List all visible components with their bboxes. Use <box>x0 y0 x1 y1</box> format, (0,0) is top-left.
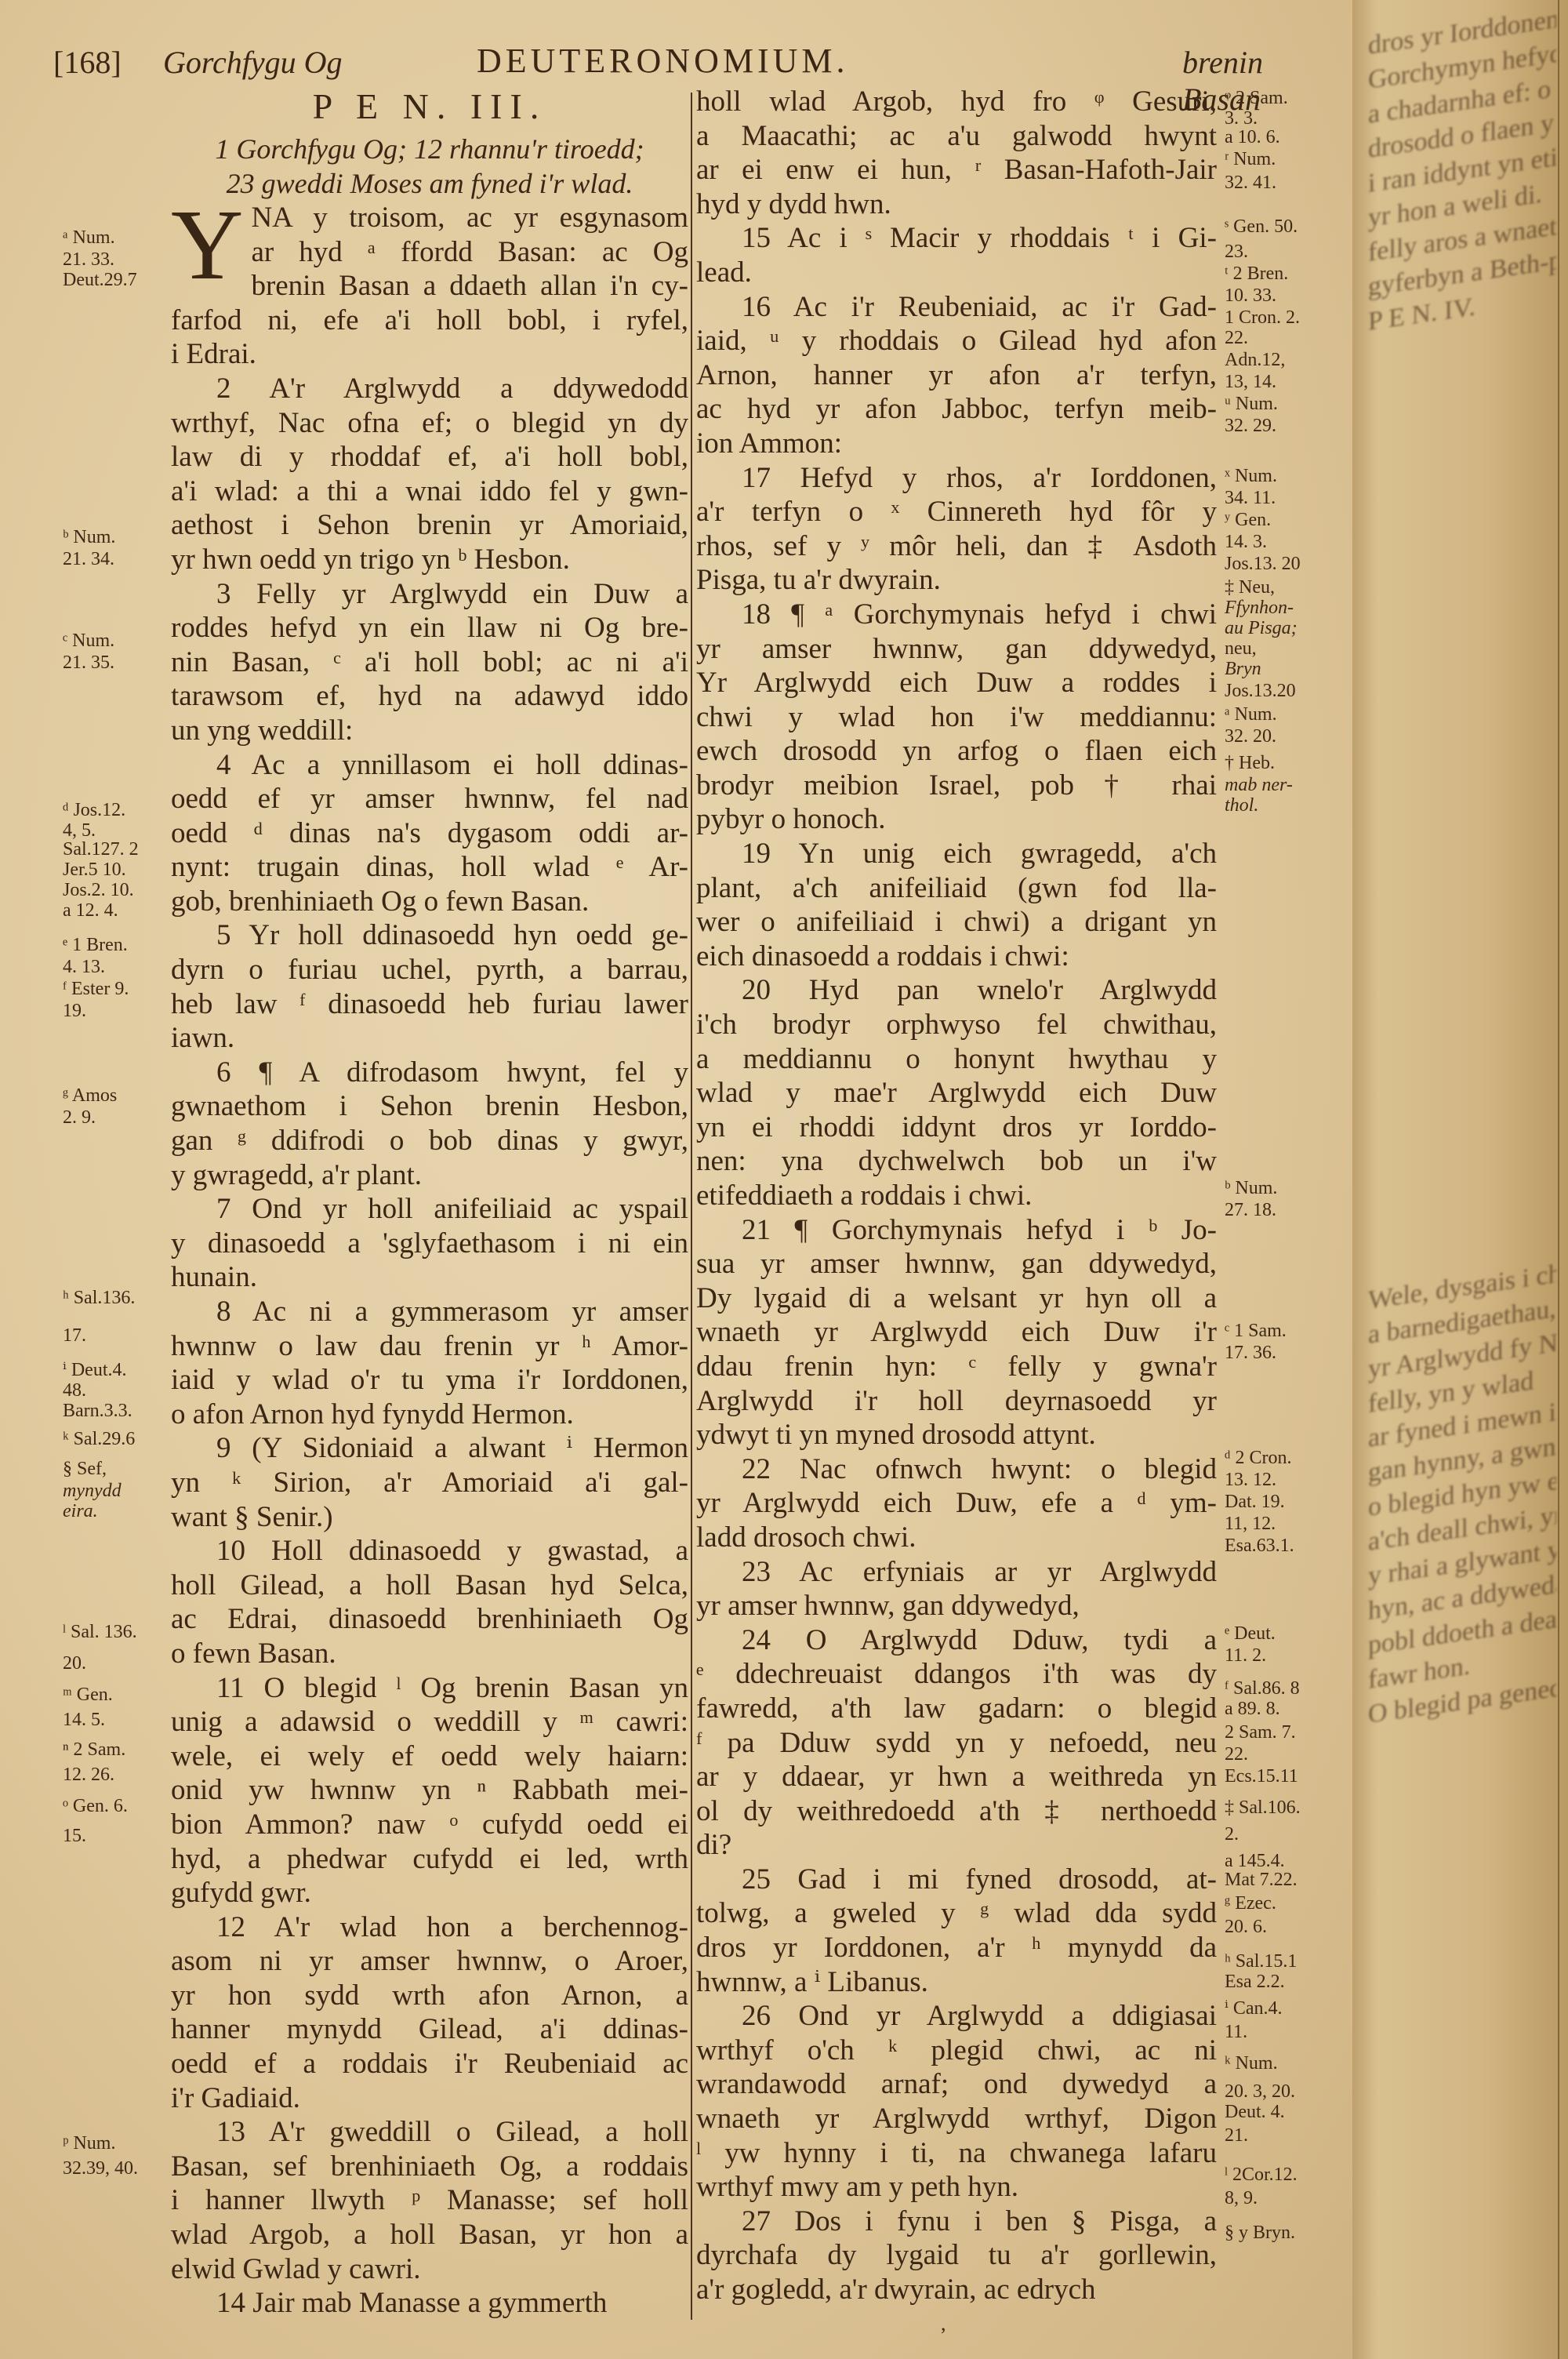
text-line: ladd drosoch chwi. <box>696 1521 1217 1555</box>
cross-reference-note: mynydd <box>63 1481 122 1502</box>
cross-reference-note: eira. <box>63 1501 98 1522</box>
text-line: ol dy weithredoedd a'th ‡ nerthoedd <box>696 1794 1217 1829</box>
cross-reference-note: 12. 26. <box>63 1765 114 1786</box>
text-line: tolwg, a gweled y ᵍ wlad dda sydd <box>696 1896 1217 1931</box>
cross-reference-note: 32. 29. <box>1225 416 1276 437</box>
text-line: a'r terfyn o ˣ Cinnereth hyd fôr y <box>696 495 1217 529</box>
summary-line: 1 Gorchfygu Og; 12 rhannu'r tiroedd; <box>171 132 688 166</box>
cross-reference-note: 13. 12. <box>1225 1470 1276 1491</box>
cross-reference-note: ᵍ Amos <box>63 1085 117 1107</box>
text-line: 10 Holl ddinasoedd y gwastad, a <box>171 1534 688 1568</box>
cross-reference-note: Bryn <box>1225 659 1261 680</box>
cross-reference-note: † Heb. <box>1225 753 1275 774</box>
text-line: plant, a'ch anifeiliaid (gwn fod lla- <box>696 871 1217 906</box>
right-column-text: holl wlad Argob, hyd fro ᵠ Gesuri,a Maac… <box>696 85 1217 2307</box>
cross-reference-note: 21. 34. <box>63 549 114 570</box>
cross-reference-note: 20. 3, 20. <box>1225 2081 1295 2103</box>
text-line: 20 Hyd pan wnelo'r Arglwydd <box>696 973 1217 1008</box>
cross-reference-note: 23. <box>1225 242 1248 263</box>
text-line: un yng weddill: <box>171 714 688 748</box>
text-line: ar hyd ᵃ ffordd Basan: ac Og <box>171 235 688 270</box>
text-line: ᵉ ddechreuaist ddangos i'th was dy <box>696 1657 1217 1692</box>
cross-reference-note: 11, 12. <box>1225 1514 1276 1535</box>
cross-reference-note: ᵐ Gen. <box>63 1685 113 1706</box>
text-line: ar ei enw ei hun, ʳ Basan-Hafoth-Jair <box>696 153 1217 187</box>
text-line: yr amser hwnnw, gan ddywedyd, <box>696 1589 1217 1623</box>
text-line: Pisga, tu a'r dwyrain. <box>696 563 1217 598</box>
text-line: iawn. <box>171 1021 688 1056</box>
cross-reference-note: ˣ Num. <box>1225 466 1277 487</box>
text-line: heb law ᶠ dinasoedd heb furiau lawer <box>171 987 688 1022</box>
text-line: wlad Argob, a holl Basan, yr hon a <box>171 2218 688 2252</box>
text-line: a'i wlad: a thi a wnai iddo fel y gwn- <box>171 474 688 509</box>
cross-reference-note: Mat 7.22. <box>1225 1870 1298 1891</box>
text-line: nen: yna dychwelwch bob un i'w <box>696 1144 1217 1179</box>
text-line: yn ei rhoddi iddynt dros yr Iorddo- <box>696 1110 1217 1145</box>
cross-reference-note: thol. <box>1225 795 1258 816</box>
text-line: wnaeth yr Arglwydd wrthyf, Digon <box>696 2102 1217 2136</box>
text-line: unig a adawsid o weddill y ᵐ cawri: <box>171 1705 688 1739</box>
cross-reference-note: 21. <box>1225 2125 1248 2146</box>
cross-reference-note: ᵖ Num. <box>63 2133 115 2154</box>
text-line: ar y ddaear, yr hwn a weithreda yn <box>696 1760 1217 1794</box>
text-line: 22 Nac ofnwch hwynt: o blegid <box>696 1452 1217 1487</box>
cross-reference-note: 34. 11. <box>1225 488 1276 509</box>
cross-reference-note: Jer.5 10. <box>63 860 126 881</box>
cross-reference-note: 8, 9. <box>1225 2188 1258 2209</box>
cross-reference-note: 22. <box>1225 1744 1248 1765</box>
cross-reference-note: ᶠ Sal.86. 8 <box>1225 1678 1300 1699</box>
cross-reference-note: 11. <box>1225 2022 1247 2043</box>
text-line: ac Edrai, dinasoedd brenhiniaeth Og <box>171 1602 688 1637</box>
cross-reference-note: ⁿ 2 Sam. <box>63 1739 125 1761</box>
cross-reference-note: Jos.2. 10. <box>63 880 134 901</box>
cross-reference-note: Jos.13. 20 <box>1225 554 1301 575</box>
text-line: etifeddiaeth a roddais i chwi. <box>696 1179 1217 1213</box>
text-line: y gwragedd, a'r plant. <box>171 1158 688 1193</box>
cross-reference-note: ˢ Gen. 50. <box>1225 216 1298 238</box>
text-line: eich dinasoedd a roddais i chwi: <box>696 940 1217 974</box>
cross-reference-note: 27. 18. <box>1225 1200 1276 1221</box>
cross-reference-note: 13, 14. <box>1225 372 1276 393</box>
cross-reference-note: ᶜ Num. <box>63 631 114 652</box>
cross-reference-note: ᵇ Num. <box>1225 1178 1277 1199</box>
text-line: 5 Yr holl ddinasoedd hyn oedd ge- <box>171 918 688 953</box>
text-line: 11 O blegid ˡ Og brenin Basan yn <box>171 1671 688 1706</box>
text-line: yr hwn oedd yn trigo yn ᵇ Hesbon. <box>171 543 688 577</box>
cross-reference-note: ᵘ Num. <box>1225 394 1278 415</box>
cross-reference-note: Dat. 19. <box>1225 1492 1285 1513</box>
cross-reference-note: 15. <box>63 1826 86 1847</box>
text-line: ewch drosodd yn arfog o flaen eich <box>696 734 1217 769</box>
cross-reference-note: a 10. 6. <box>1225 127 1280 148</box>
text-line: asom ni yr amser hwnnw, o Aroer, <box>171 1944 688 1979</box>
cross-reference-note: § Sef, <box>63 1459 107 1480</box>
summary-line: 23 gweddi Moses am fyned i'r wlad. <box>171 166 688 201</box>
text-line: Arglwydd i'r holl deyrnasoedd yr <box>696 1384 1217 1419</box>
page-number: [168] <box>53 44 122 81</box>
cross-reference-note: a 12. 4. <box>63 900 118 921</box>
text-line: yn ᵏ Sirion, a'r Amoriaid a'i gal- <box>171 1466 688 1500</box>
neighbor-page-edge: dros yr Iorddonen iGorchymyn hefyd ia ch… <box>1352 0 1568 2359</box>
text-line: oedd ᵈ dinas na's dygasom oddi ar- <box>171 816 688 851</box>
text-line: di? <box>696 1828 1217 1863</box>
text-line: law di y rhoddaf ef, a'i holl bobl, <box>171 440 688 474</box>
cross-reference-note: 4. 13. <box>63 957 105 978</box>
text-line: hunain. <box>171 1260 688 1295</box>
text-line: holl wlad Argob, hyd fro ᵠ Gesuri, <box>696 85 1217 119</box>
text-line: dros yr Iorddonen, a'r ʰ mynydd da <box>696 1931 1217 1965</box>
text-line: ᶠ pa Dduw sydd yn y nefoedd, neu <box>696 1726 1217 1761</box>
cross-reference-note: Barn.3.3. <box>63 1401 132 1422</box>
cross-reference-note: 32. 41. <box>1225 173 1276 194</box>
text-line: 16 Ac i'r Reubeniaid, ac i'r Gad- <box>696 290 1217 325</box>
cross-reference-note: ᵈ Jos.12. <box>63 800 125 821</box>
text-line: Dy lygaid di a welsant yr hyn oll a <box>696 1281 1217 1316</box>
text-line: NA y troisom, ac yr esgynasom <box>171 201 688 235</box>
text-line: iaid, ᵘ y rhoddais o Gilead hyd afon <box>696 324 1217 358</box>
cross-reference-note: Adn.12, <box>1225 350 1285 371</box>
text-line: 4 Ac a ynnillasom ei holl ddinas- <box>171 748 688 783</box>
text-line: 7 Ond yr holl anifeiliaid ac yspail <box>171 1192 688 1227</box>
text-line: y dinasoedd a 'sglyfaethasom i ni ein <box>171 1227 688 1261</box>
text-line: i'ch brodyr orphwyso fel chwithau, <box>696 1008 1217 1042</box>
text-line: 23 Ac erfyniais ar yr Arglwydd <box>696 1555 1217 1590</box>
text-line: 8 Ac ni a gymmerasom yr amser <box>171 1295 688 1329</box>
neighbor-column-rule <box>1558 0 1559 2359</box>
text-line: hanner mynydd Gilead, a'i ddinas- <box>171 2012 688 2047</box>
text-line: elwid Gwlad y cawri. <box>171 2252 688 2287</box>
cross-reference-note: 3. 3. <box>1225 108 1258 129</box>
cross-reference-note: ᵉ 1 Bren. <box>63 935 128 956</box>
text-line: ac hyd yr afon Jabboc, terfyn meib- <box>696 392 1217 427</box>
book-page: [168] Gorchfygu Og DEUTERONOMIUM. brenin… <box>0 0 1356 2359</box>
cross-reference-note: ⁱ Can.4. <box>1225 1998 1283 2019</box>
text-line: 2 A'r Arglwydd a ddywedodd <box>171 372 688 406</box>
text-line: 3 Felly yr Arglwydd ein Duw a <box>171 577 688 612</box>
text-line: chwi y wlad hon i'w meddiannu: <box>696 700 1217 735</box>
cross-reference-note: 11. 2. <box>1225 1645 1266 1667</box>
text-line: 14 Jair mab Manasse a gymmerth <box>171 2286 688 2321</box>
cross-reference-note: 48. <box>63 1380 86 1401</box>
text-line: yr amser hwnnw, gan ddywedyd, <box>696 632 1217 667</box>
text-line: wrandawodd arnaf; ond dywedyd a <box>696 2067 1217 2102</box>
text-line: yr hon sydd wrth afon Arnon, a <box>171 1979 688 2013</box>
column-divider <box>691 93 692 2320</box>
text-line: dyrn o furiau uchel, pyrth, a barrau, <box>171 953 688 987</box>
text-line: ddau frenin hyn: ᶜ felly y gwna'r <box>696 1350 1217 1384</box>
text-line: wrthyf o'ch ᵏ plegid chwi, ac ni <box>696 2034 1217 2068</box>
text-line: Yr Arglwydd eich Duw a roddes i <box>696 666 1217 700</box>
left-column: P E N. III. 1 Gorchfygu Og; 12 rhannu'r … <box>171 86 688 2321</box>
text-line: nynt: trugain dinas, holl wlad ᵉ Ar- <box>171 850 688 885</box>
text-line: bion Ammon? naw ᵒ cufydd oedd ei <box>171 1808 688 1842</box>
cross-reference-note: 32.39, 40. <box>63 2158 138 2179</box>
cross-reference-note: 14. 3. <box>1225 532 1267 553</box>
text-line: wrthyf, Nac ofna ef; o blegid yn dy <box>171 406 688 441</box>
cross-reference-note: Esa.63.1. <box>1225 1536 1294 1557</box>
text-line: oedd ef a roddais i'r Reubeniaid ac <box>171 2047 688 2081</box>
cross-reference-note: 2 Sam. 7. <box>1225 1722 1296 1743</box>
text-line: Arnon, hanner yr afon a'r terfyn, <box>696 358 1217 393</box>
text-line: 12 A'r wlad hon a berchennog- <box>171 1910 688 1945</box>
cross-reference-note: ʸ Gen. <box>1225 510 1271 531</box>
cross-reference-note: mab ner- <box>1225 775 1293 796</box>
text-line: nin Basan, ᶜ a'i holl bobl; ac ni a'i <box>171 645 688 680</box>
text-line: hyd, a phedwar cufydd ei led, wrth <box>171 1842 688 1877</box>
text-line: gob, brenhiniaeth Og o fewn Basan. <box>171 885 688 919</box>
text-line: brodyr meibion Israel, pob † rhai <box>696 769 1217 803</box>
text-line: ydwyt ti yn myned drosodd attynt. <box>696 1418 1217 1452</box>
text-line: 19 Yn unig eich gwragedd, a'ch <box>696 837 1217 871</box>
cross-reference-note: ˡ 2Cor.12. <box>1225 2165 1298 2186</box>
drop-cap: Y <box>171 202 243 287</box>
text-line: i Edrai. <box>171 337 688 372</box>
cross-reference-note: ᶜ 1 Sam. <box>1225 1321 1287 1342</box>
cross-reference-note: 1 Cron. 2. <box>1225 307 1300 329</box>
cross-reference-note: ᵒ Gen. 6. <box>63 1796 128 1817</box>
book-title: DEUTERONOMIUM. <box>477 41 849 81</box>
cross-reference-note: a 89. 8. <box>1225 1699 1280 1720</box>
cross-reference-note: Esa 2.2. <box>1225 1972 1285 1993</box>
text-line: 9 (Y Sidoniaid a alwant ⁱ Hermon <box>171 1431 688 1466</box>
cross-reference-note: ᵈ 2 Cron. <box>1225 1448 1291 1469</box>
cross-reference-note: Deut.29.7 <box>63 270 137 291</box>
chapter-summary: 1 Gorchfygu Og; 12 rhannu'r tiroedd; 23 … <box>171 132 688 201</box>
cross-reference-note: § y Bryn. <box>1225 2223 1295 2244</box>
text-line: rhos, sef y ʸ môr heli, dan ‡ Asdoth <box>696 529 1217 564</box>
cross-reference-note: 32. 20. <box>1225 726 1276 747</box>
cross-reference-note: ᵏ Sal.29.6 <box>63 1429 135 1450</box>
cross-reference-note: 14. 5. <box>63 1710 105 1731</box>
cross-reference-note: 22. <box>1225 328 1248 349</box>
text-line: o afon Arnon hyd fynydd Hermon. <box>171 1398 688 1432</box>
text-line: 26 Ond yr Arglwydd a ddigiasai <box>696 1999 1217 2034</box>
cross-reference-note: ᵏ Num. <box>1225 2053 1278 2074</box>
cross-reference-note: 4, 5. <box>63 820 96 841</box>
text-line: Basan, sef brenhiniaeth Og, a roddais <box>171 2150 688 2184</box>
right-column: holl wlad Argob, hyd fro ᵠ Gesuri,a Maac… <box>696 85 1217 2307</box>
text-line: aethost i Sehon brenin yr Amoriaid, <box>171 508 688 543</box>
running-header: [168] Gorchfygu Og DEUTERONOMIUM. brenin… <box>53 41 1308 88</box>
cross-reference-note: ᵃ Num. <box>1225 704 1277 725</box>
text-line: wlad y mae'r Arglwydd eich Duw <box>696 1076 1217 1110</box>
neighbor-page-text: dros yr Iorddonen iGorchymyn hefyd ia ch… <box>1368 2 1556 340</box>
text-line: 18 ¶ ᵃ Gorchymynais hefyd i chwi <box>696 598 1217 632</box>
cross-reference-note: 20. <box>63 1653 86 1674</box>
text-line: tarawsom ef, hyd na adawyd iddo <box>171 679 688 714</box>
cross-reference-note: ᵗ 2 Bren. <box>1225 264 1288 285</box>
text-line: roddes hefyd yn ein llaw ni Og bre- <box>171 611 688 645</box>
text-line: sua yr amser hwnnw, gan ddywedyd, <box>696 1247 1217 1281</box>
text-line: wele, ei wely ef oedd wely haiarn: <box>171 1739 688 1774</box>
text-line: lead. <box>696 256 1217 290</box>
text-line: pybyr o honoch. <box>696 802 1217 837</box>
text-line: oedd ef yr amser hwnnw, fel nad <box>171 782 688 816</box>
text-line: wnaeth yr Arglwydd eich Duw i'r <box>696 1315 1217 1350</box>
text-line: ion Ammon: <box>696 427 1217 461</box>
text-line: hyd y dydd hwn. <box>696 187 1217 222</box>
cross-reference-note: 2. <box>1225 1824 1239 1845</box>
cross-reference-note: a 145.4. <box>1225 1851 1285 1872</box>
text-line: o fewn Basan. <box>171 1637 688 1671</box>
text-line: wer o anifeiliaid i chwi) a drigant yn <box>696 905 1217 940</box>
cross-reference-note: 21. 35. <box>63 652 114 674</box>
text-line: iaid y wlad o'r tu yma i'r Iorddonen, <box>171 1363 688 1398</box>
text-line: yr Arglwydd eich Duw, efe a ᵈ ym- <box>696 1486 1217 1521</box>
cross-reference-note: 10. 33. <box>1225 285 1276 307</box>
text-line: farfod ni, efe a'i holl bobl, i ryfel, <box>171 304 688 338</box>
text-line: dyrchafa dy lygaid tu a'r gorllewin, <box>696 2238 1217 2273</box>
text-line: gan ᵍ ddifrodi o bob dinas y gwyr, <box>171 1124 688 1158</box>
text-line: 6 ¶ A difrodasom hwynt, fel y <box>171 1056 688 1090</box>
cross-reference-note: ᶠ Ester 9. <box>63 979 129 1000</box>
header-left-topic: Gorchfygu Og <box>163 44 342 81</box>
cross-reference-note: Sal.127. 2 <box>63 839 139 860</box>
text-line: 17 Hefyd y rhos, a'r Iorddonen, <box>696 461 1217 496</box>
cross-reference-note: ˡ Sal. 136. <box>63 1622 137 1643</box>
cross-reference-note: neu, <box>1225 638 1257 660</box>
cross-reference-note: ⁱ Deut.4. <box>63 1360 126 1381</box>
text-line: a Maacathi; ac a'u galwodd hwynt <box>696 119 1217 154</box>
text-line: 13 A'r gweddill o Gilead, a holl <box>171 2115 688 2150</box>
text-line: 25 Gad i mi fyned drosodd, at- <box>696 1863 1217 1897</box>
cross-reference-note: ʰ Sal.15.1 <box>1225 1951 1297 1972</box>
text-line: 27 Dos i fynu i ben § Pisga, a <box>696 2205 1217 2239</box>
cross-reference-note: Ffynhon- <box>1225 598 1294 619</box>
cross-reference-note: ᵇ Num. <box>63 527 115 548</box>
cross-reference-note: 17. <box>63 1325 86 1347</box>
text-line: holl Gilead, a holl Basan hyd Selca, <box>171 1568 688 1603</box>
text-line: brenin Basan a ddaeth allan i'n cy- <box>171 269 688 304</box>
cross-reference-note: 2. 9. <box>63 1107 96 1129</box>
text-line: gwnaethom i Sehon brenin Hesbon, <box>171 1089 688 1124</box>
cross-reference-note: ‡ Neu, <box>1225 577 1275 598</box>
cross-reference-note: ‡ Sal.106. <box>1225 1797 1301 1819</box>
cross-reference-note: 19. <box>63 1001 86 1022</box>
text-line: fawredd, a'th law gadarn: o blegid <box>696 1692 1217 1726</box>
cross-reference-note: Jos.13.20 <box>1225 681 1296 702</box>
chapter-heading: P E N. III. <box>171 86 688 127</box>
page-mark: , <box>941 2312 946 2335</box>
cross-reference-note: au Pisga; <box>1225 618 1298 639</box>
cross-reference-note: ᵉ Deut. <box>1225 1623 1276 1645</box>
text-line: gufydd gwr. <box>171 1876 688 1910</box>
cross-reference-note: ʰ Sal.136. <box>63 1288 135 1309</box>
text-line: i'r Gadiaid. <box>171 2081 688 2116</box>
text-line: i hanner llwyth ᵖ Manasse; sef holl <box>171 2183 688 2218</box>
text-line: ˡ yw hynny i ti, na chwanega lafaru <box>696 2136 1217 2171</box>
text-line: 15 Ac i ˢ Macir y rhoddais ᵗ i Gi- <box>696 221 1217 256</box>
text-line: onid yw hwnnw yn ⁿ Rabbath mei- <box>171 1773 688 1808</box>
cross-reference-note: 20. 6. <box>1225 1917 1267 1938</box>
cross-reference-note: ʳ Num. <box>1225 149 1276 170</box>
text-line: hwnnw, a ⁱ Libanus. <box>696 1965 1217 2000</box>
text-line: a'r gogledd, a'r dwyrain, ac edrych <box>696 2273 1217 2307</box>
cross-reference-note: Ecs.15.11 <box>1225 1766 1298 1787</box>
neighbor-page-text: Wele, dysgais i chwi ddeddfaua barnediga… <box>1368 1257 1556 1732</box>
text-line: wrthyf mwy am y peth hyn. <box>696 2170 1217 2205</box>
cross-reference-note: 17. 36. <box>1225 1343 1276 1364</box>
cross-reference-note: ᵠ 2 Sam. <box>1225 88 1288 109</box>
cross-reference-note: Deut. 4. <box>1225 2102 1285 2123</box>
cross-reference-note: ᵃ Num. <box>63 227 115 249</box>
text-line: 21 ¶ Gorchymynais hefyd i ᵇ Jo- <box>696 1213 1217 1248</box>
cross-reference-note: ᵍ Ezec. <box>1225 1893 1276 1914</box>
text-line: want § Senir.) <box>171 1500 688 1535</box>
cross-reference-note: 21. 33. <box>63 249 114 271</box>
text-line: 24 O Arglwydd Dduw, tydi a <box>696 1623 1217 1658</box>
text-line: hwnnw o law dau frenin yr ʰ Amor- <box>171 1329 688 1364</box>
text-line: a meddiannu o honynt hwythau y <box>696 1042 1217 1077</box>
left-column-text: YNA y troisom, ac yr esgynasomar hyd ᵃ f… <box>171 201 688 2321</box>
